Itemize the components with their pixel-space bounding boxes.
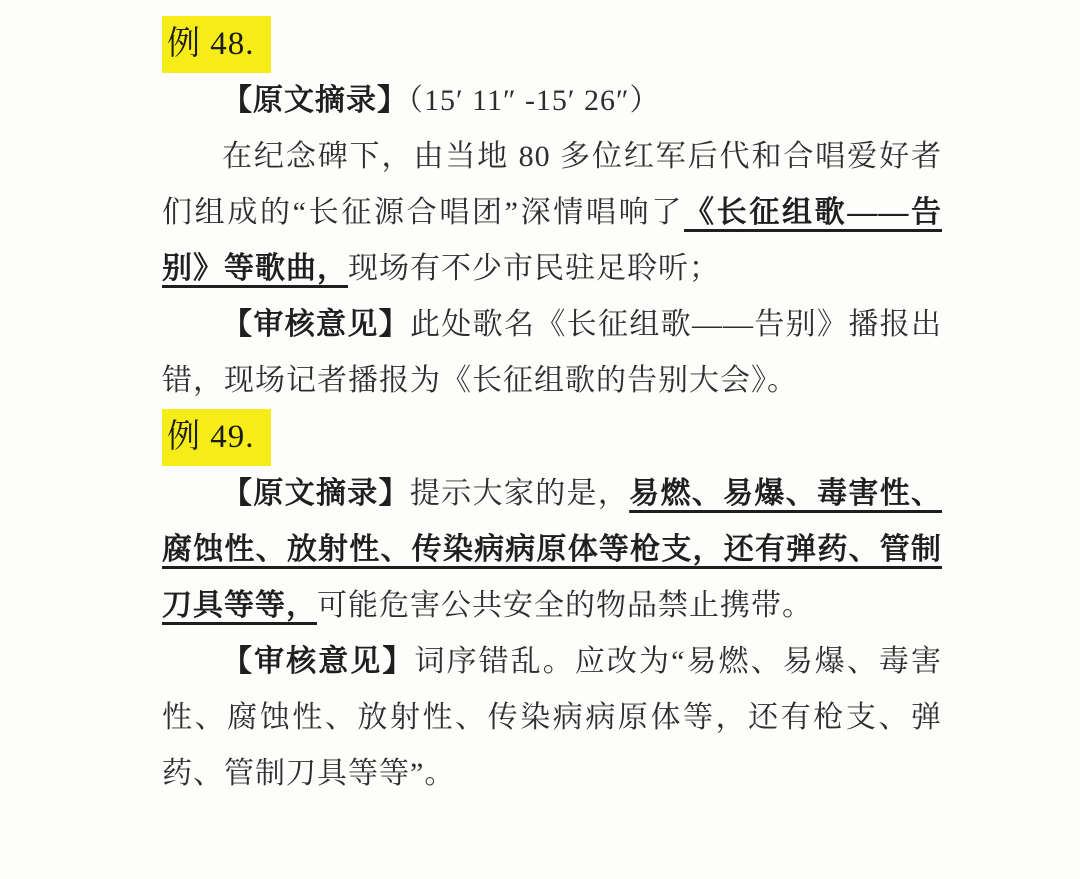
example-48-excerpt-heading: 【原文摘录】（15′ 11″ -15′ 26″） <box>162 73 942 129</box>
example-49-excerpt-body: 【原文摘录】提示大家的是，易燃、易爆、毒害性、腐蚀性、放射性、传染病病原体等枪支… <box>162 466 942 634</box>
text-segment: 提示大家的是， <box>410 477 629 510</box>
text-segment: 可能危害公共安全的物品禁止携带。 <box>317 589 813 622</box>
example-48-highlight-label: 例 48. <box>162 16 271 73</box>
example-49-highlight-label: 例 49. <box>162 409 271 466</box>
text-segment: 【审核意见】 <box>222 308 410 341</box>
text-segment: 【原文摘录】 <box>222 84 408 117</box>
document-page: 例 48. 【原文摘录】（15′ 11″ -15′ 26″） 在纪念碑下，由当地… <box>0 0 942 802</box>
example-48-label-row: 例 48. <box>162 16 942 73</box>
example-48-excerpt-body: 在纪念碑下，由当地 80 多位红军后代和合唱爱好者们组成的“长征源合唱团”深情唱… <box>162 129 942 297</box>
text-segment: 【审核意见】 <box>222 645 414 678</box>
example-49-label-row: 例 49. <box>162 409 942 466</box>
example-49-review: 【审核意见】词序错乱。应改为“易燃、易爆、毒害性、腐蚀性、放射性、传染病病原体等… <box>162 634 942 802</box>
text-segment: （15′ 11″ -15′ 26″） <box>408 84 661 117</box>
example-48-review: 【审核意见】此处歌名《长征组歌——告别》播报出错，现场记者播报为《长征组歌的告别… <box>162 297 942 409</box>
text-segment: 【原文摘录】 <box>222 477 410 510</box>
text-segment: 现场有不少市民驻足聆听； <box>348 252 720 285</box>
